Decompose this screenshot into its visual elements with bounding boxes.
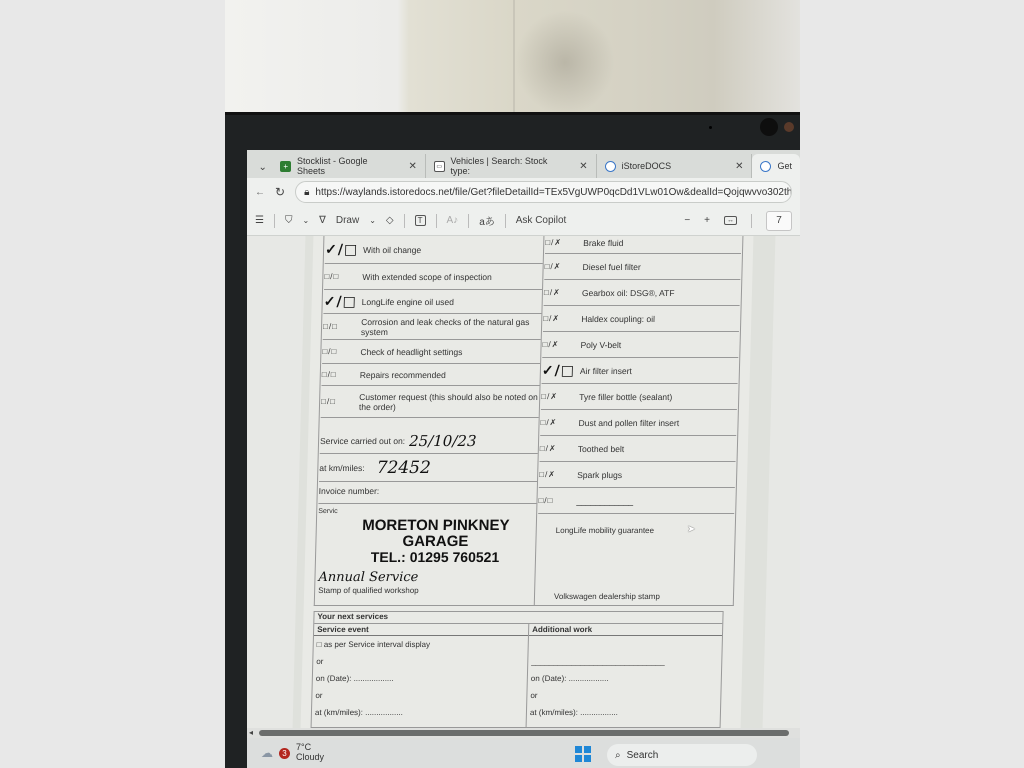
checklist-row: □/✗Poly V-belt <box>542 332 739 358</box>
taskbar: ☁ 3 7°C Cloudy ⌕ Search <box>247 738 800 768</box>
mileage-row: at km/miles: 72452 <box>319 454 538 482</box>
checklist-label: Gearbox oil: DSG®, ATF <box>582 288 675 298</box>
url-field[interactable]: 🔒︎ https://waylands.istoredocs.net/file/… <box>295 181 792 203</box>
checkbox-pair: □/□ <box>322 370 360 379</box>
checkbox-pair: ✓/□ <box>542 363 580 379</box>
checklist-row: □/□Corrosion and leak checks of the natu… <box>323 314 542 340</box>
screen: ⌄ + Stocklist - Google Sheets ✕ ▭ Vehicl… <box>247 150 800 768</box>
checklist-label: Customer request (this should also be no… <box>359 392 540 412</box>
checklist-row: □/✗Spark plugs <box>539 462 736 488</box>
draw-icon[interactable]: ∇ <box>319 215 326 226</box>
tab-istoredocs[interactable]: iStoreDOCS ✕ <box>597 154 753 178</box>
stamp-line-1: MORETON PINKNEY <box>346 518 526 534</box>
checkbox-pair: □/□ <box>322 347 360 356</box>
checklist-label: With oil change <box>363 245 421 255</box>
checklist-label: Poly V-belt <box>580 340 621 350</box>
checklist-label: ____________ <box>576 496 633 506</box>
next-service-line: □ as per Service interval display <box>314 636 528 653</box>
checklist-label: LongLife engine oil used <box>362 297 454 307</box>
dealership-stamp-label: Volkswagen dealership stamp <box>554 592 660 601</box>
checkbox-pair: □/✗ <box>540 418 578 427</box>
sensor-dot <box>709 126 712 129</box>
page-number-input[interactable]: 7 <box>766 211 792 231</box>
scanned-page: ✓/□With oil change□/□With extended scope… <box>293 236 776 728</box>
checklist-row: □/✗Diesel fuel filter <box>544 254 741 280</box>
checklist-label: Diesel fuel filter <box>583 262 641 272</box>
longlife-label: LongLife mobility guarantee <box>556 526 655 535</box>
service-event-header: Service event <box>314 624 528 636</box>
chevron-down-icon: ⌄ <box>259 162 267 173</box>
checkbox-pair: □/□ <box>324 272 362 281</box>
checklist-label: Toothed belt <box>578 444 625 454</box>
checklist-label: Dust and pollen filter insert <box>578 418 679 428</box>
checklist-row: □/□____________ <box>538 488 735 514</box>
fit-width-icon[interactable]: ↔ <box>724 216 737 225</box>
stamp-line-3: TEL.: 01295 760521 <box>345 550 525 565</box>
webcam-icon <box>760 118 778 136</box>
back-icon[interactable]: ← <box>255 187 265 198</box>
next-service-line: or <box>312 687 526 704</box>
checklist-row: □/□Repairs recommended <box>322 364 541 386</box>
google-sheets-icon: + <box>280 161 291 172</box>
checklist-row: □/□Check of headlight settings <box>322 340 541 364</box>
checklist-label: Spark plugs <box>577 470 622 480</box>
tab-label: Get <box>777 161 792 171</box>
next-services-title: Your next services <box>314 612 722 624</box>
service-label: Servic <box>318 508 338 515</box>
checklist-label: Air filter insert <box>580 366 632 376</box>
next-service-line: on (Date): .................. <box>528 670 721 687</box>
checklist-label: Repairs recommended <box>360 370 446 380</box>
invoice-label: Invoice number: <box>319 486 380 496</box>
contents-icon[interactable]: ☰ <box>255 215 264 226</box>
checklist-row: ✓/□With oil change <box>325 236 544 264</box>
istoredocs-icon <box>605 161 616 172</box>
tab-label: Vehicles | Search: Stock type: <box>451 156 566 176</box>
tab-label: Stocklist - Google Sheets <box>297 156 394 176</box>
close-icon[interactable]: ✕ <box>735 161 743 172</box>
camera-led <box>784 122 794 132</box>
draw-button[interactable]: Draw <box>336 215 359 226</box>
background-wall <box>225 0 800 115</box>
lock-icon: 🔒︎ <box>304 187 309 198</box>
url-text: https://waylands.istoredocs.net/file/Get… <box>315 187 792 198</box>
service-event-column: Service event □ as per Service interval … <box>312 624 530 727</box>
refresh-icon[interactable]: ↻ <box>275 185 285 199</box>
checklist-label: With extended scope of inspection <box>362 272 492 282</box>
ask-copilot-button[interactable]: Ask Copilot <box>516 215 567 226</box>
checklist-label: Tyre filler bottle (sealant) <box>579 392 672 402</box>
checkbox-pair: □/✗ <box>545 238 583 247</box>
checklist-row: □/□Customer request (this should also be… <box>321 386 540 418</box>
eraser-icon[interactable]: ◇ <box>386 215 394 226</box>
taskbar-search[interactable]: ⌕ Search <box>607 744 757 766</box>
tab-get[interactable]: Get <box>752 154 800 178</box>
tab-label: iStoreDOCS <box>622 161 672 171</box>
search-icon: ⌕ <box>615 750 621 761</box>
checkbox-pair: □/✗ <box>544 288 582 297</box>
zoom-in-button[interactable]: + <box>704 215 710 226</box>
tab-stocklist[interactable]: + Stocklist - Google Sheets ✕ <box>272 154 425 178</box>
checklist-label: Haldex coupling: oil <box>581 314 655 324</box>
additional-work-header: Additional work <box>529 624 722 636</box>
next-service-line <box>529 636 722 653</box>
translate-icon[interactable]: aあ <box>479 213 495 228</box>
checklist-row: □/✗Haldex coupling: oil <box>543 306 740 332</box>
service-book-page: ✓/□With oil change□/□With extended scope… <box>301 236 754 728</box>
checkbox-pair: ✓/□ <box>325 242 363 258</box>
next-service-line: at (km/miles): ................. <box>527 704 720 721</box>
horizontal-scrollbar[interactable]: ◂ <box>247 728 800 738</box>
service-date-label: Service carried out on: <box>320 436 405 446</box>
checklist-row: ✓/□Air filter insert <box>542 358 739 384</box>
chevron-down-icon[interactable]: ⌄ <box>302 216 309 225</box>
next-service-line: or <box>527 687 720 704</box>
checkbox-pair: □/✗ <box>542 340 580 349</box>
mileage-value: 72452 <box>376 458 431 478</box>
garage-stamp: MORETON PINKNEY GARAGE TEL.: 01295 76052… <box>345 518 526 564</box>
istoredocs-icon <box>760 161 771 172</box>
pdf-viewer[interactable]: ✓/□With oil change□/□With extended scope… <box>247 236 800 728</box>
checklist-label: Check of headlight settings <box>360 347 462 357</box>
checkbox-pair: □/✗ <box>545 262 583 271</box>
additional-work-column: Additional work ________________________… <box>527 624 723 727</box>
weather-condition: Cloudy <box>296 753 324 763</box>
checklist-row: □/✗Tyre filler bottle (sealant) <box>541 384 738 410</box>
checkbox-pair: □/✗ <box>539 470 577 479</box>
invoice-row: Invoice number: <box>318 482 537 504</box>
checkbox-pair: □/✗ <box>541 392 579 401</box>
checkbox-pair: □/□ <box>321 397 359 406</box>
cloud-icon: ☁ <box>261 746 273 760</box>
next-service-line: at (km/miles): ................. <box>312 704 526 721</box>
close-icon[interactable]: ✕ <box>408 161 416 172</box>
service-date-row: Service carried out on: 25/10/23 <box>320 428 539 454</box>
notification-badge: 3 <box>279 748 290 759</box>
address-bar: ← ↻ 🔒︎ https://waylands.istoredocs.net/f… <box>247 178 800 206</box>
checklist-label: Brake fluid <box>583 238 623 248</box>
checklist-row: ✓/□LongLife engine oil used <box>323 290 542 314</box>
next-services-table: Your next services Service event □ as pe… <box>311 611 724 728</box>
windows-start-icon[interactable] <box>575 746 591 762</box>
scrollbar-thumb[interactable] <box>259 730 789 736</box>
checkbox-pair: □/□ <box>323 322 361 331</box>
stamp-line-2: GARAGE <box>345 534 525 550</box>
tab-strip: ⌄ + Stocklist - Google Sheets ✕ ▭ Vehicl… <box>247 150 800 178</box>
checklist-label: Corrosion and leak checks of the natural… <box>361 317 542 337</box>
tab-actions-button[interactable]: ⌄ <box>253 156 272 178</box>
next-service-line: ______________________________ <box>528 653 721 670</box>
search-label: Search <box>627 750 659 761</box>
vehicles-icon: ▭ <box>434 161 445 172</box>
checkbox-pair: □/□ <box>538 496 576 505</box>
right-margin <box>800 0 1024 768</box>
checkbox-pair: □/✗ <box>540 444 578 453</box>
read-aloud-icon[interactable]: A♪ <box>447 215 459 226</box>
left-margin <box>0 0 225 768</box>
mouse-cursor: ➤ <box>687 524 695 535</box>
workshop-stamp-label: Stamp of qualified workshop <box>318 586 419 595</box>
next-service-line: or <box>313 653 527 670</box>
checklist-row: □/✗Dust and pollen filter insert <box>540 410 737 436</box>
checklist-row: □/□With extended scope of inspection <box>324 264 543 290</box>
checkbox-pair: □/✗ <box>543 314 581 323</box>
weather-widget[interactable]: ☁ 3 7°C Cloudy <box>261 743 324 763</box>
checklist-row: □/✗Brake fluid <box>545 232 742 254</box>
mileage-label: at km/miles: <box>319 463 365 473</box>
checkbox-pair: ✓/□ <box>324 294 362 310</box>
text-box-icon[interactable]: T <box>415 215 426 226</box>
zoom-out-button[interactable]: − <box>684 215 690 226</box>
next-service-line: on (Date): .................. <box>313 670 527 687</box>
tab-vehicles[interactable]: ▭ Vehicles | Search: Stock type: ✕ <box>426 154 597 178</box>
chevron-down-icon[interactable]: ⌄ <box>369 216 376 225</box>
scroll-left-icon[interactable]: ◂ <box>249 728 253 737</box>
close-icon[interactable]: ✕ <box>579 161 587 172</box>
monitor-photo: ⌄ + Stocklist - Google Sheets ✕ ▭ Vehicl… <box>225 0 800 768</box>
handwritten-note: Annual Service <box>318 570 418 585</box>
service-date-value: 25/10/23 <box>409 432 477 450</box>
checklist-row: □/✗Toothed belt <box>540 436 737 462</box>
checklist-row: □/✗Gearbox oil: DSG®, ATF <box>544 280 741 306</box>
highlight-icon[interactable]: ⛉ <box>285 215 293 226</box>
